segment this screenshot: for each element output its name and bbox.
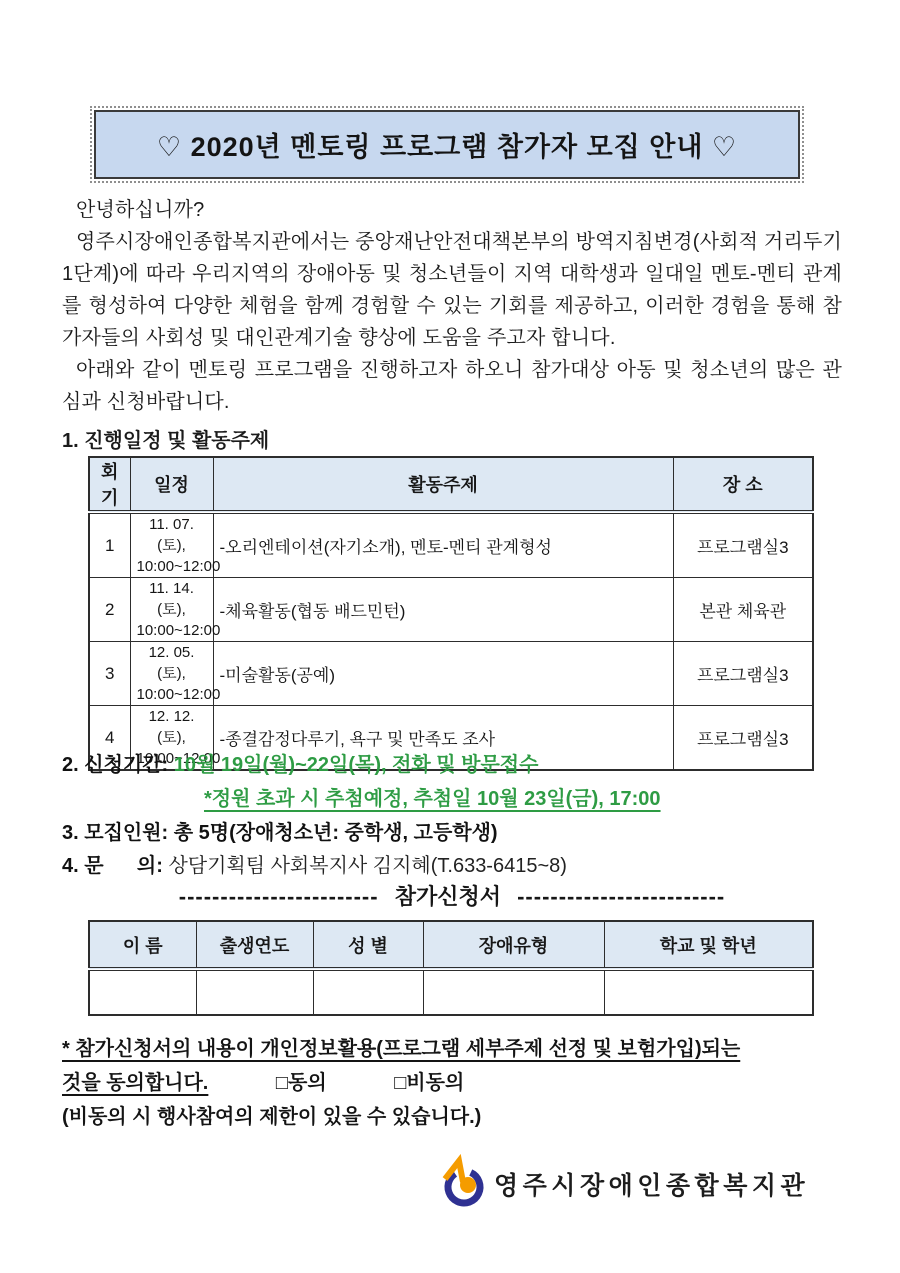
session-date: 12. 05.(토),10:00~12:00 xyxy=(130,642,213,706)
form-input-row xyxy=(89,969,813,1015)
date-line1: 11. 14.(토), xyxy=(149,580,194,618)
org-name: 영주시장애인종합복지관 xyxy=(494,1166,809,1202)
consent-line1: * 참가신청서의 내용이 개인정보활용(프로그램 세부주제 선정 및 보험가입)… xyxy=(62,1032,862,1066)
table-row: 3 12. 05.(토),10:00~12:00 -미술활동(공예) 프로그램실… xyxy=(89,642,813,706)
consent-block: * 참가신청서의 내용이 개인정보활용(프로그램 세부주제 선정 및 보험가입)… xyxy=(62,1032,862,1134)
date-line1: 11. 07.(토), xyxy=(149,516,194,554)
consent-line2: 것을 동의합니다. □동의 □비동의 xyxy=(62,1066,862,1100)
org-logo: 영주시장애인종합복지관 xyxy=(436,1154,809,1214)
session-topic: -미술활동(공예) xyxy=(213,642,673,706)
application-period-line: 2. 신청기간: 10월 19일(월)~22일(목), 전화 및 방문접수 xyxy=(62,748,862,777)
separator-dashes-right: ------------------------- xyxy=(517,884,725,909)
session-date: 11. 07.(토),10:00~12:00 xyxy=(130,512,213,578)
item-number: 3. xyxy=(62,822,79,844)
disability-type-input-cell[interactable] xyxy=(423,969,604,1015)
lottery-note: *정원 초과 시 추첨예정, 추첨일 10월 23일(금), 17:00 xyxy=(204,788,661,810)
schedule-header-row: 회기 일정 활동주제 장 소 xyxy=(89,457,813,512)
contact-value: 상담기획팀 사회복지사 김지혜(T.633-6415~8) xyxy=(168,855,566,877)
greeting-line: 안녕하십니까? xyxy=(62,194,842,226)
item-label: 모집인원: xyxy=(84,822,168,844)
col-disability-type: 장애유형 xyxy=(423,921,604,969)
session-date: 11. 14.(토),10:00~12:00 xyxy=(130,578,213,642)
item-label: 문 의: xyxy=(84,855,163,877)
session-no: 3 xyxy=(89,642,130,706)
consent-text-2: 것을 동의합니다. xyxy=(62,1072,208,1094)
consent-text-1: * 참가신청서의 내용이 개인정보활용(프로그램 세부주제 선정 및 보험가입)… xyxy=(62,1038,740,1060)
separator-dashes-left: ------------------------ xyxy=(179,884,379,909)
disagree-checkbox[interactable]: □비동의 xyxy=(394,1072,464,1094)
date-line2: 10:00~12:00 xyxy=(137,622,221,639)
intro-paragraph-1: 영주시장애인종합복지관에서는 중앙재난안전대책본부의 방역지침변경(사회적 거리… xyxy=(62,226,842,354)
session-place: 본관 체육관 xyxy=(673,578,813,642)
item-number: 4. xyxy=(62,855,79,877)
session-topic: -오리엔테이션(자기소개), 멘토-멘티 관계형성 xyxy=(213,512,673,578)
session-place: 프로그램실3 xyxy=(673,512,813,578)
document-page: ♡ 2020년 멘토링 프로그램 참가자 모집 안내 ♡ 안녕하십니까? 영주시… xyxy=(0,0,900,1273)
session-topic: -체육활동(협동 배드민턴) xyxy=(213,578,673,642)
form-separator: ------------------------ 참가신청서 ---------… xyxy=(62,880,842,911)
table-row: 1 11. 07.(토),10:00~12:00 -오리엔테이션(자기소개), … xyxy=(89,512,813,578)
title-banner: ♡ 2020년 멘토링 프로그램 참가자 모집 안내 ♡ xyxy=(90,106,804,183)
col-session: 회기 xyxy=(89,457,130,512)
schedule-table: 회기 일정 활동주제 장 소 1 11. 07.(토),10:00~12:00 … xyxy=(88,456,814,771)
intro-paragraphs: 안녕하십니까? 영주시장애인종합복지관에서는 중앙재난안전대책본부의 방역지침변… xyxy=(62,194,842,418)
col-school-grade: 학교 및 학년 xyxy=(604,921,813,969)
org-logo-icon xyxy=(436,1154,494,1214)
consent-note: (비동의 시 행사참여의 제한이 있을 수 있습니다.) xyxy=(62,1100,862,1134)
item-number: 2. xyxy=(62,754,79,776)
capacity-line: 3. 모집인원: 총 5명(장애청소년: 중학생, 고등학생) xyxy=(62,816,862,845)
item-label: 신청기간: xyxy=(84,754,168,776)
birth-year-input-cell[interactable] xyxy=(196,969,313,1015)
col-birth-year: 출생연도 xyxy=(196,921,313,969)
section1-heading: 1. 진행일정 및 활동주제 xyxy=(62,424,269,453)
date-line1: 12. 05.(토), xyxy=(149,644,195,682)
col-gender: 성 별 xyxy=(313,921,423,969)
contact-line: 4. 문 의: 상담기획팀 사회복지사 김지혜(T.633-6415~8) xyxy=(62,849,862,878)
name-input-cell[interactable] xyxy=(89,969,196,1015)
title-banner-inner: ♡ 2020년 멘토링 프로그램 참가자 모집 안내 ♡ xyxy=(94,110,800,179)
form-header-row: 이 름 출생연도 성 별 장애유형 학교 및 학년 xyxy=(89,921,813,969)
table-row: 2 11. 14.(토),10:00~12:00 -체육활동(협동 배드민턴) … xyxy=(89,578,813,642)
date-line2: 10:00~12:00 xyxy=(137,686,221,703)
intro-paragraph-2: 아래와 같이 멘토링 프로그램을 진행하고자 하오니 참가대상 아동 및 청소년… xyxy=(62,354,842,418)
agree-checkbox[interactable]: □동의 xyxy=(276,1072,327,1094)
col-name: 이 름 xyxy=(89,921,196,969)
session-no: 1 xyxy=(89,512,130,578)
application-period-value: 10월 19일(월)~22일(목), 전화 및 방문접수 xyxy=(174,754,539,776)
form-title: 참가신청서 xyxy=(395,884,501,909)
session-place: 프로그램실3 xyxy=(673,642,813,706)
col-topic: 활동주제 xyxy=(213,457,673,512)
capacity-value: 총 5명(장애청소년: 중학생, 고등학생) xyxy=(174,822,498,844)
page-title: ♡ 2020년 멘토링 프로그램 참가자 모집 안내 ♡ xyxy=(157,132,737,162)
date-line1: 12. 12.(토), xyxy=(149,708,195,746)
school-grade-input-cell[interactable] xyxy=(604,969,813,1015)
col-place: 장 소 xyxy=(673,457,813,512)
gender-input-cell[interactable] xyxy=(313,969,423,1015)
col-date: 일정 xyxy=(130,457,213,512)
application-form-table: 이 름 출생연도 성 별 장애유형 학교 및 학년 xyxy=(88,920,814,1016)
lottery-note-line: *정원 초과 시 추첨예정, 추첨일 10월 23일(금), 17:00 xyxy=(204,782,900,811)
session-no: 2 xyxy=(89,578,130,642)
date-line2: 10:00~12:00 xyxy=(137,558,221,575)
